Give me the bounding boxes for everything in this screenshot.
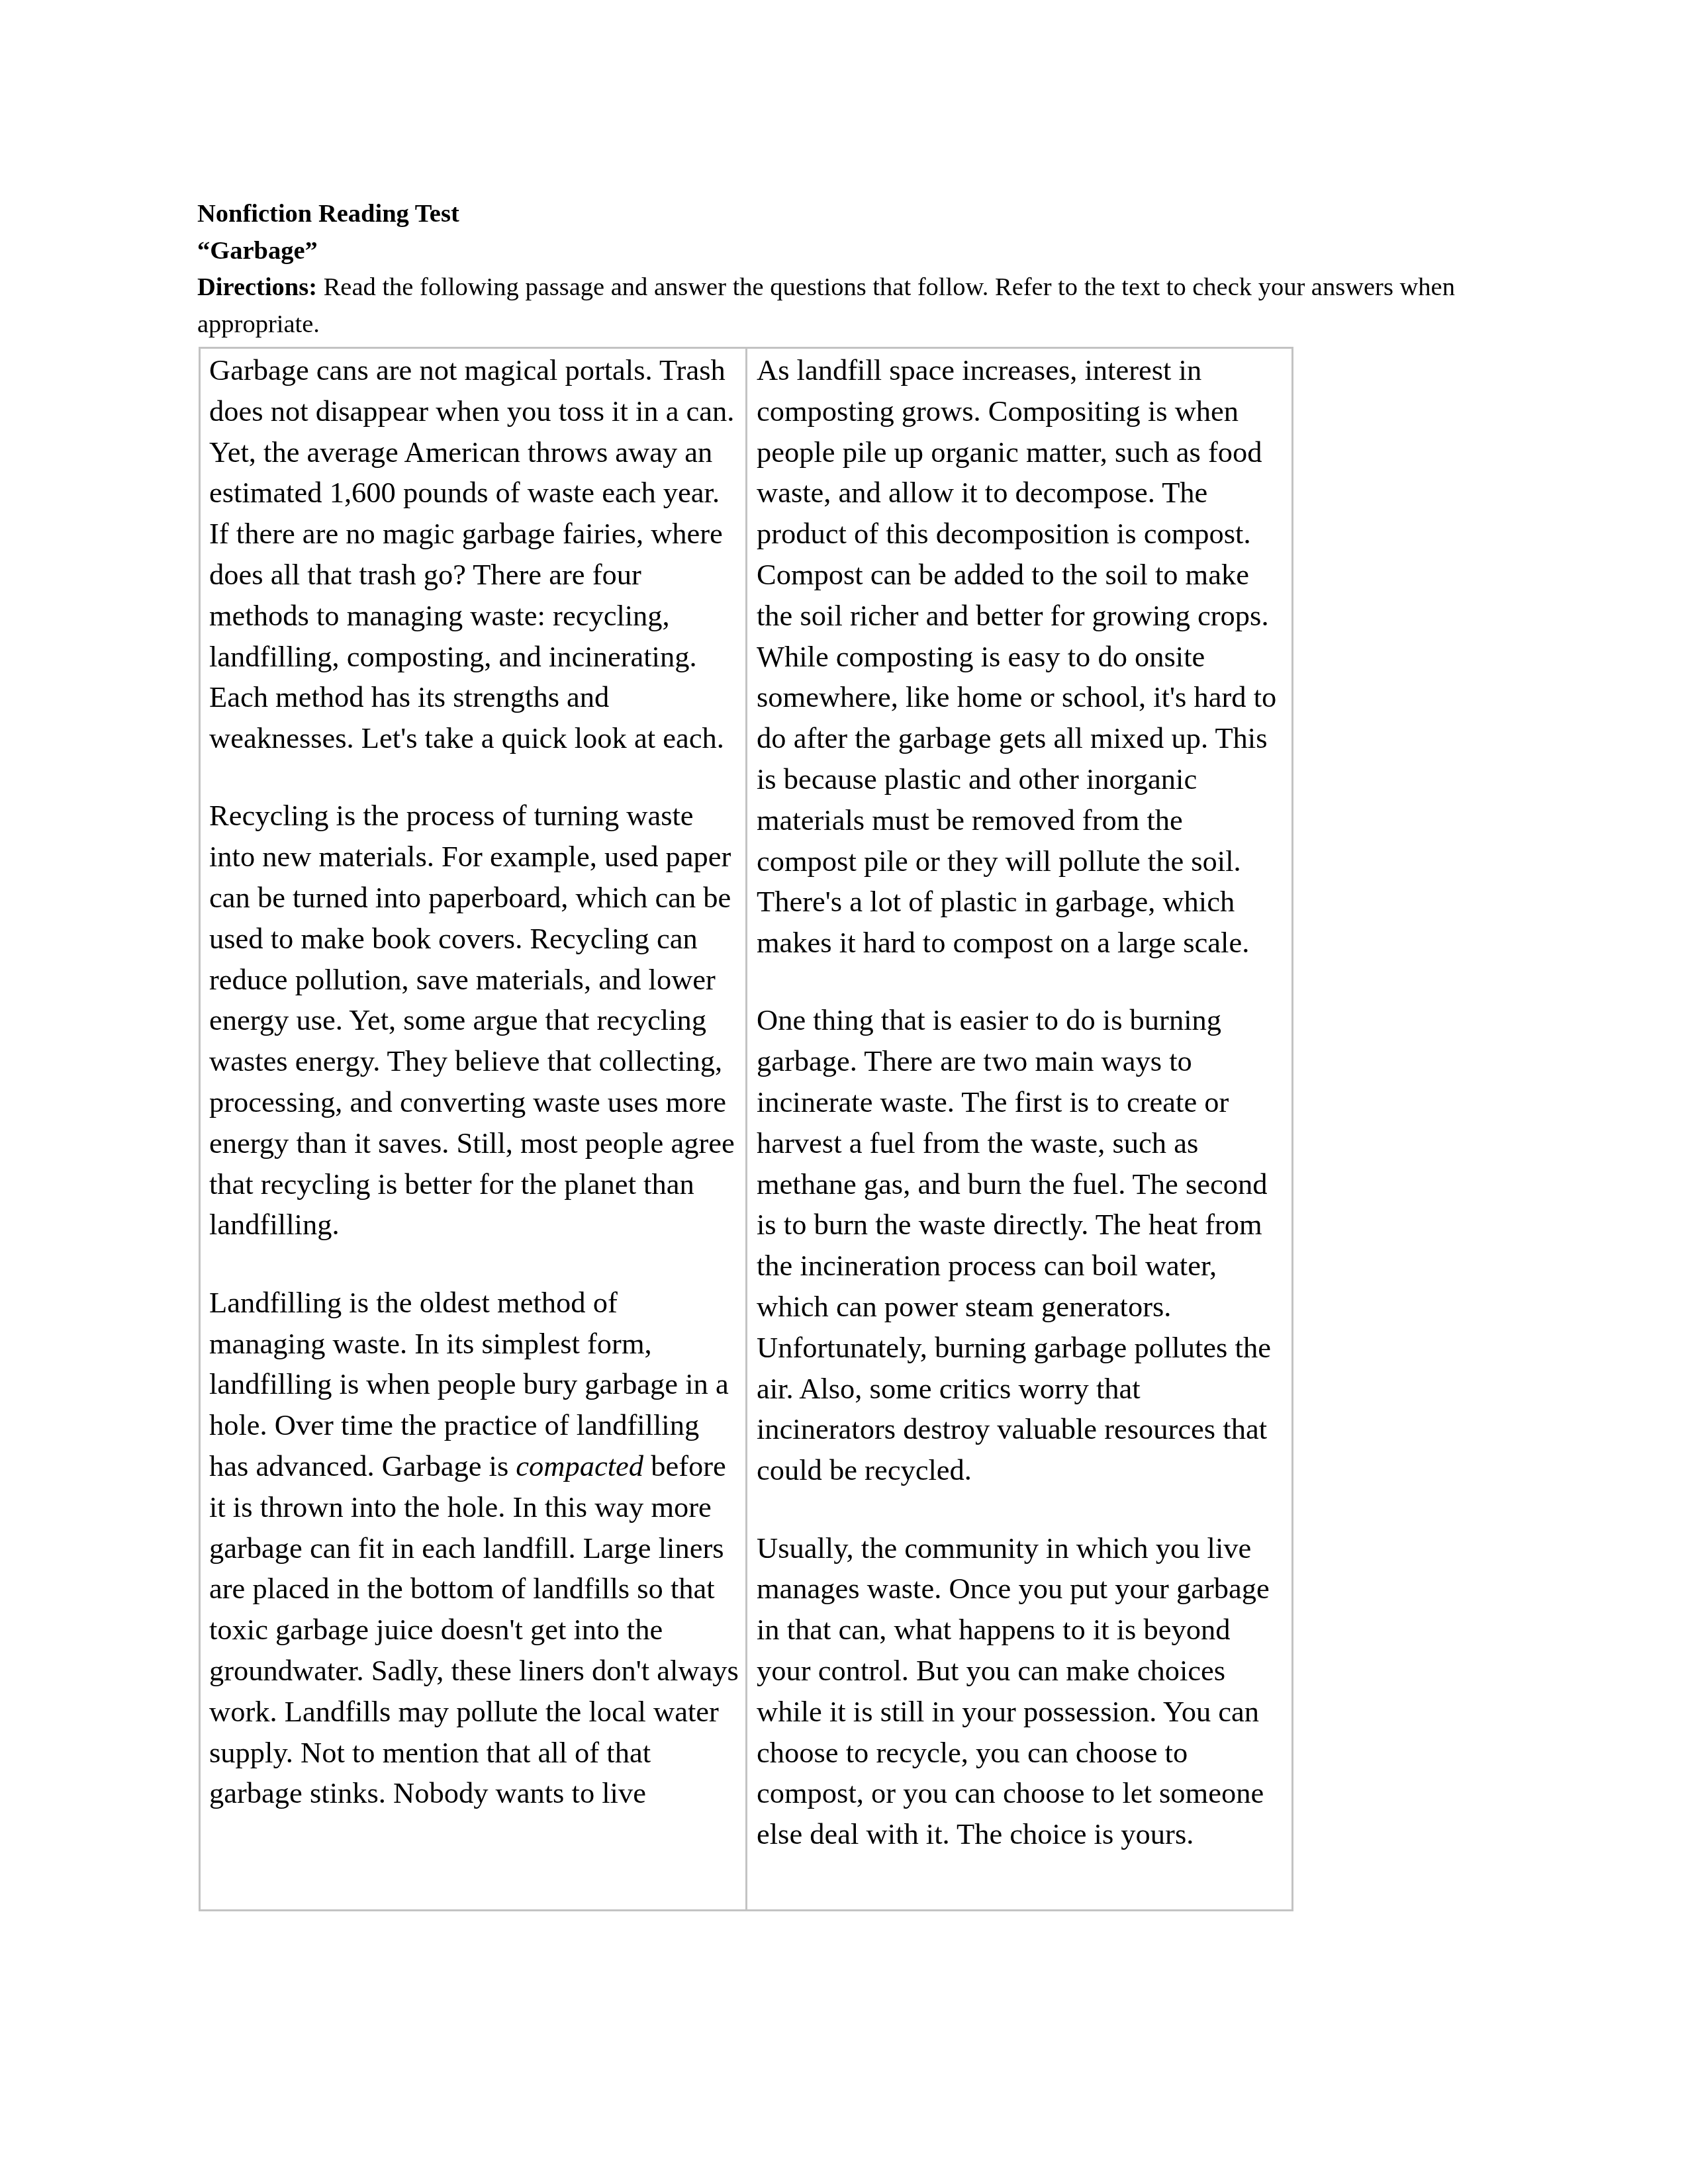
directions-label: Directions: bbox=[197, 273, 317, 301]
landfilling-text-end: before it is thrown into the hole. In th… bbox=[209, 1449, 739, 1809]
passage-left-column: Garbage cans are not magical portals. Tr… bbox=[200, 348, 747, 1911]
paragraph-incinerating: One thing that is easier to do is burnin… bbox=[757, 1000, 1286, 1491]
paragraph-gap bbox=[757, 964, 1286, 1001]
directions: Directions: Read the following passage a… bbox=[197, 269, 1455, 343]
paragraph-composting: As landfill space increases, interest in… bbox=[757, 350, 1286, 964]
passage-row: Garbage cans are not magical portals. Tr… bbox=[200, 348, 1293, 1911]
compacted-term: compacted bbox=[516, 1449, 643, 1482]
document-header: Nonfiction Reading Test “Garbage” Direct… bbox=[197, 196, 1455, 343]
paragraph-conclusion: Usually, the community in which you live… bbox=[757, 1528, 1286, 1855]
test-title: Nonfiction Reading Test bbox=[197, 196, 1455, 233]
passage-right-column: As landfill space increases, interest in… bbox=[747, 348, 1293, 1911]
paragraph-recycling: Recycling is the process of turning wast… bbox=[209, 796, 739, 1246]
passage-table: Garbage cans are not magical portals. Tr… bbox=[199, 347, 1293, 1911]
paragraph-gap bbox=[757, 1491, 1286, 1528]
paragraph-landfilling: Landfilling is the oldest method of mana… bbox=[209, 1283, 739, 1814]
passage-title: “Garbage” bbox=[197, 233, 1455, 270]
paragraph-gap bbox=[209, 1246, 739, 1283]
paragraph-gap bbox=[209, 759, 739, 796]
paragraph-intro: Garbage cans are not magical portals. Tr… bbox=[209, 350, 739, 759]
directions-text: Read the following passage and answer th… bbox=[197, 273, 1455, 338]
